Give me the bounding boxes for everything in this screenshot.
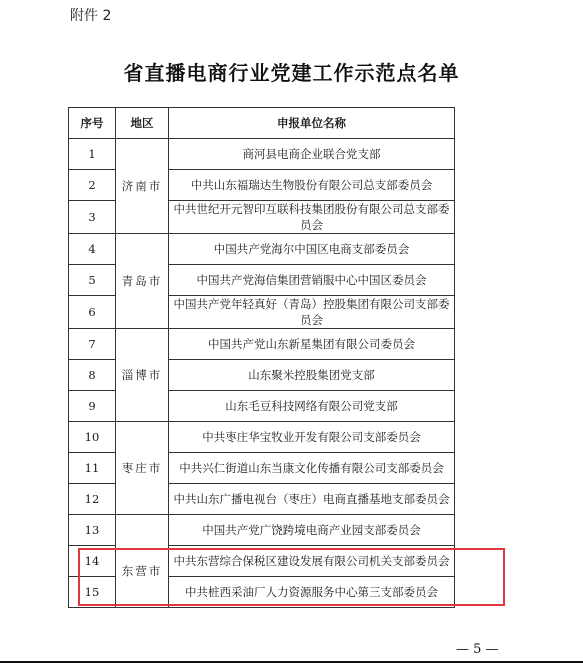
table-row: 7 淄博市 中国共产党山东新星集团有限公司委员会: [69, 329, 455, 360]
region-cell: 济南市: [116, 139, 169, 234]
table-row: 4 青岛市 中国共产党海尔中国区电商支部委员会: [69, 234, 455, 265]
unit-name: 中国共产党年轻真好（青岛）控股集团有限公司支部委员会: [169, 296, 455, 329]
region-cell: 东营市: [116, 515, 169, 608]
row-no: 9: [69, 391, 116, 422]
unit-name: 中国共产党广饶跨境电商产业园支部委员会: [169, 515, 455, 546]
document-title: 省直播电商行业党建工作示范点名单: [0, 57, 583, 86]
unit-name: 中共兴仁街道山东当康文化传播有限公司支部委员会: [169, 453, 455, 484]
unit-name: 中国共产党海尔中国区电商支部委员会: [169, 234, 455, 265]
row-no: 15: [69, 577, 116, 608]
unit-name: 中共世纪开元智印互联科技集团股份有限公司总支部委员会: [169, 201, 455, 234]
row-no: 6: [69, 296, 116, 329]
row-no: 13: [69, 515, 116, 546]
row-no: 11: [69, 453, 116, 484]
region-cell: 淄博市: [116, 329, 169, 422]
unit-name: 中国共产党海信集团营销服中心中国区委员会: [169, 265, 455, 296]
row-no: 10: [69, 422, 116, 453]
table-row: 13 东营市 中国共产党广饶跨境电商产业园支部委员会: [69, 515, 455, 546]
row-no: 4: [69, 234, 116, 265]
unit-name: 中共桩西采油厂人力资源服务中心第三支部委员会: [169, 577, 455, 608]
unit-name: 商河县电商企业联合党支部: [169, 139, 455, 170]
region-cell: 青岛市: [116, 234, 169, 329]
table-row: 1 济南市 商河县电商企业联合党支部: [69, 139, 455, 170]
unit-name: 中共东营综合保税区建设发展有限公司机关支部委员会: [169, 546, 455, 577]
header-region: 地区: [116, 108, 169, 139]
unit-name: 中共枣庄华宝牧业开发有限公司支部委员会: [169, 422, 455, 453]
page-number: — 5 —: [456, 642, 499, 657]
unit-name: 中共山东广播电视台（枣庄）电商直播基地支部委员会: [169, 484, 455, 515]
header-unit-name: 申报单位名称: [169, 108, 455, 139]
unit-name: 中共山东福瑞达生物股份有限公司总支部委员会: [169, 170, 455, 201]
table-header-row: 序号 地区 申报单位名称: [69, 108, 455, 139]
row-no: 2: [69, 170, 116, 201]
header-no: 序号: [69, 108, 116, 139]
row-no: 1: [69, 139, 116, 170]
region-cell: 枣庄市: [116, 422, 169, 515]
unit-name: 中国共产党山东新星集团有限公司委员会: [169, 329, 455, 360]
table-row: 10 枣庄市 中共枣庄华宝牧业开发有限公司支部委员会: [69, 422, 455, 453]
row-no: 7: [69, 329, 116, 360]
row-no: 3: [69, 201, 116, 234]
demo-list-table: 序号 地区 申报单位名称 1 济南市 商河县电商企业联合党支部 2 中共山东福瑞…: [68, 107, 455, 608]
row-no: 5: [69, 265, 116, 296]
row-no: 14: [69, 546, 116, 577]
unit-name: 山东聚米控股集团党支部: [169, 360, 455, 391]
row-no: 12: [69, 484, 116, 515]
attachment-label: 附件 2: [70, 5, 111, 25]
row-no: 8: [69, 360, 116, 391]
unit-name: 山东毛豆科技网络有限公司党支部: [169, 391, 455, 422]
